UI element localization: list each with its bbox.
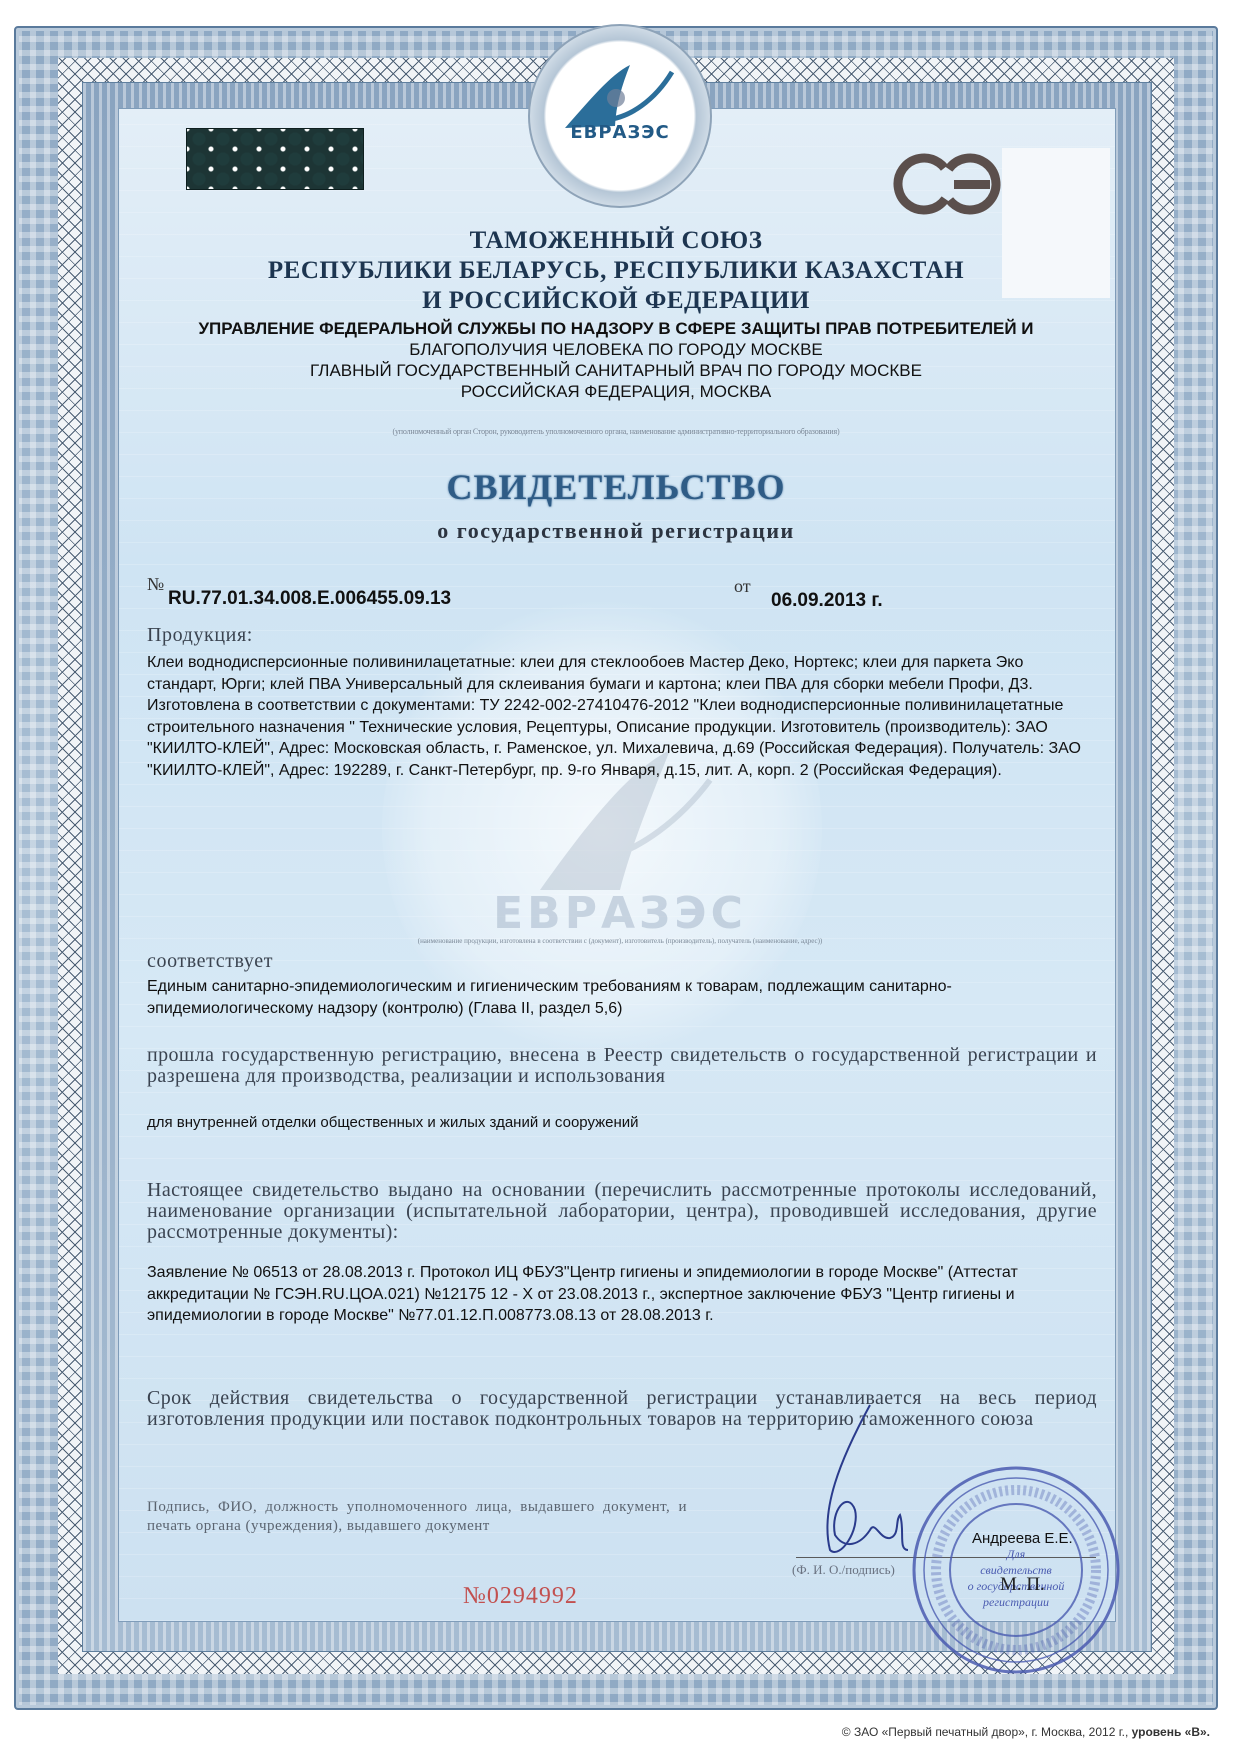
conformity-mark-se-icon [892,150,1004,218]
usage-scope: для внутренней отделки общественных и жи… [147,1112,1097,1134]
seal-place-label: М. П. [1000,1574,1045,1596]
official-seal-stamp-icon: Для свидетельств о государственной регис… [906,1460,1126,1680]
authority-line-4: РОССИЙСКАЯ ФЕДЕРАЦИЯ, МОСКВА [118,381,1114,402]
conformity-label: соответствует [147,950,273,973]
security-level: уровень «В». [1132,1725,1210,1739]
signer-name: Андреева Е.Е. [972,1530,1073,1547]
customs-union-title: ТАМОЖЕННЫЙ СОЮЗ РЕСПУБЛИКИ БЕЛАРУСЬ, РЕС… [118,226,1114,316]
product-caption: (наименование продукции, изготовлена в с… [140,937,1100,945]
authority-line-1: УПРАВЛЕНИЕ ФЕДЕРАЛЬНОЙ СЛУЖБЫ ПО НАДЗОРУ… [118,318,1114,339]
conformity-text: Единым санитарно-эпидемиологическим и ги… [147,976,1097,1019]
authority-line-3: ГЛАВНЫЙ ГОСУДАРСТВЕННЫЙ САНИТАРНЫЙ ВРАЧ … [118,360,1114,381]
product-label: Продукция: [147,624,253,647]
eurasec-logo-text: ЕВРАЗЭС [528,122,712,143]
union-line-2: РЕСПУБЛИКИ БЕЛАРУСЬ, РЕСПУБЛИКИ КАЗАХСТА… [118,256,1114,286]
registration-number: RU.77.01.34.008.Е.006455.09.13 [168,588,451,610]
date-label: от [734,576,751,597]
form-serial-number: №0294992 [463,1583,578,1610]
watermark-text: ЕВРАЗЭС [0,888,1240,939]
authority-line-2: БЛАГОПОЛУЧИЯ ЧЕЛОВЕКА ПО ГОРОДУ МОСКВЕ [118,339,1114,360]
handwritten-signature-icon [800,1400,920,1560]
basis-documents: Заявление № 06513 от 28.08.2013 г. Прото… [147,1262,1097,1327]
authority-caption: (уполномоченный орган Сторон, руководите… [118,427,1114,436]
signature-caption: Подпись, ФИО, должность уполномоченного … [147,1498,687,1536]
svg-text:Для: Для [1006,1547,1026,1561]
eurasec-emblem-icon [560,60,675,130]
union-line-3: И РОССИЙСКОЙ ФЕДЕРАЦИИ [118,286,1114,316]
svg-text:регистрации: регистрации [982,1595,1049,1609]
number-sign: № [147,574,164,595]
signature-line-label: (Ф. И. О./подпись) [792,1562,895,1578]
basis-statement: Настоящее свидетельство выдано на основа… [147,1180,1097,1243]
union-line-1: ТАМОЖЕННЫЙ СОЮЗ [118,226,1114,256]
registration-statement: прошла государственную регистрацию, внес… [147,1045,1097,1087]
registration-date: 06.09.2013 г. [771,590,883,612]
printer-name: © ЗАО «Первый печатный двор», г. Москва,… [842,1725,1132,1739]
issuing-authority: УПРАВЛЕНИЕ ФЕДЕРАЛЬНОЙ СЛУЖБЫ ПО НАДЗОРУ… [118,318,1114,402]
security-pattern-block [186,128,364,190]
validity-statement: Срок действия свидетельства о государств… [147,1388,1097,1430]
certificate-title: СВИДЕТЕЛЬСТВО [118,466,1114,508]
product-description: Клеи воднодисперсионные поливинилацетатн… [147,652,1097,781]
printer-imprint: © ЗАО «Первый печатный двор», г. Москва,… [842,1725,1210,1739]
certificate-subtitle: о государственной регистрации [118,518,1114,544]
